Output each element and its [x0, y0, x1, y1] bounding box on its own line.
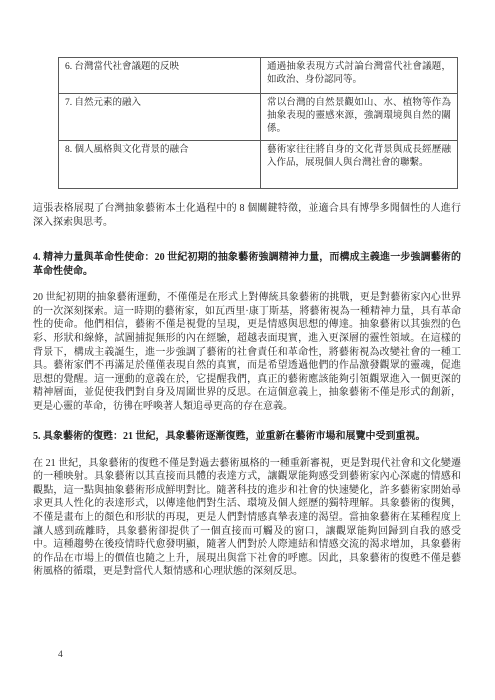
- page-number: 4: [58, 650, 63, 660]
- table-summary-paragraph: 這張表格展現了台灣抽象藝術本土化過程中的 8 個關鍵特徵，並適合具有博學多聞個性…: [33, 202, 461, 229]
- document-content: 6. 台灣當代社會議題的反映 通過抽象表現方式討論台灣當代社會議題，如政治、身份…: [33, 0, 461, 579]
- section-4-paragraph: 20 世紀初期的抽象藝術運動，不僅僅是在形式上對傳統具象藝術的挑戰，更是對藝術家…: [33, 291, 461, 413]
- document-page: 6. 台灣當代社會議題的反映 通過抽象表現方式討論台灣當代社會議題，如政治、身份…: [0, 0, 495, 700]
- feature-cell: 7. 自然元素的融入: [59, 94, 261, 141]
- description-cell: 藝術家往往將自身的文化背景與成長經歷融入作品，展現個人與台灣社會的聯繫。: [261, 141, 458, 189]
- table-row: 6. 台灣當代社會議題的反映 通過抽象表現方式討論台灣當代社會議題，如政治、身份…: [59, 58, 458, 94]
- description-cell: 常以台灣的自然景觀如山、水、植物等作為抽象表現的靈感來源，強調環境與自然的關係。: [261, 94, 458, 141]
- section-5-heading: 5. 具象藝術的復甦：21 世紀，具象藝術逐漸復甦，並重新在藝術市場和展覽中受到…: [33, 430, 461, 444]
- description-cell: 通過抽象表現方式討論台灣當代社會議題，如政治、身份認同等。: [261, 58, 458, 94]
- section-4-heading: 4. 精神力量與革命性使命：20 世紀初期的抽象藝術強調精神力量，而構成主義進一…: [33, 251, 461, 279]
- features-table: 6. 台灣當代社會議題的反映 通過抽象表現方式討論台灣當代社會議題，如政治、身份…: [58, 57, 458, 189]
- feature-cell: 6. 台灣當代社會議題的反映: [59, 58, 261, 94]
- table-row: 8. 個人風格與文化背景的融合 藝術家往往將自身的文化背景與成長經歷融入作品，展…: [59, 141, 458, 189]
- section-5-paragraph: 在 21 世紀，具象藝術的復甦不僅是對過去藝術風格的一種重新審視，更是對現代社會…: [33, 457, 461, 579]
- feature-cell: 8. 個人風格與文化背景的融合: [59, 141, 261, 189]
- table-row: 7. 自然元素的融入 常以台灣的自然景觀如山、水、植物等作為抽象表現的靈感來源，…: [59, 94, 458, 141]
